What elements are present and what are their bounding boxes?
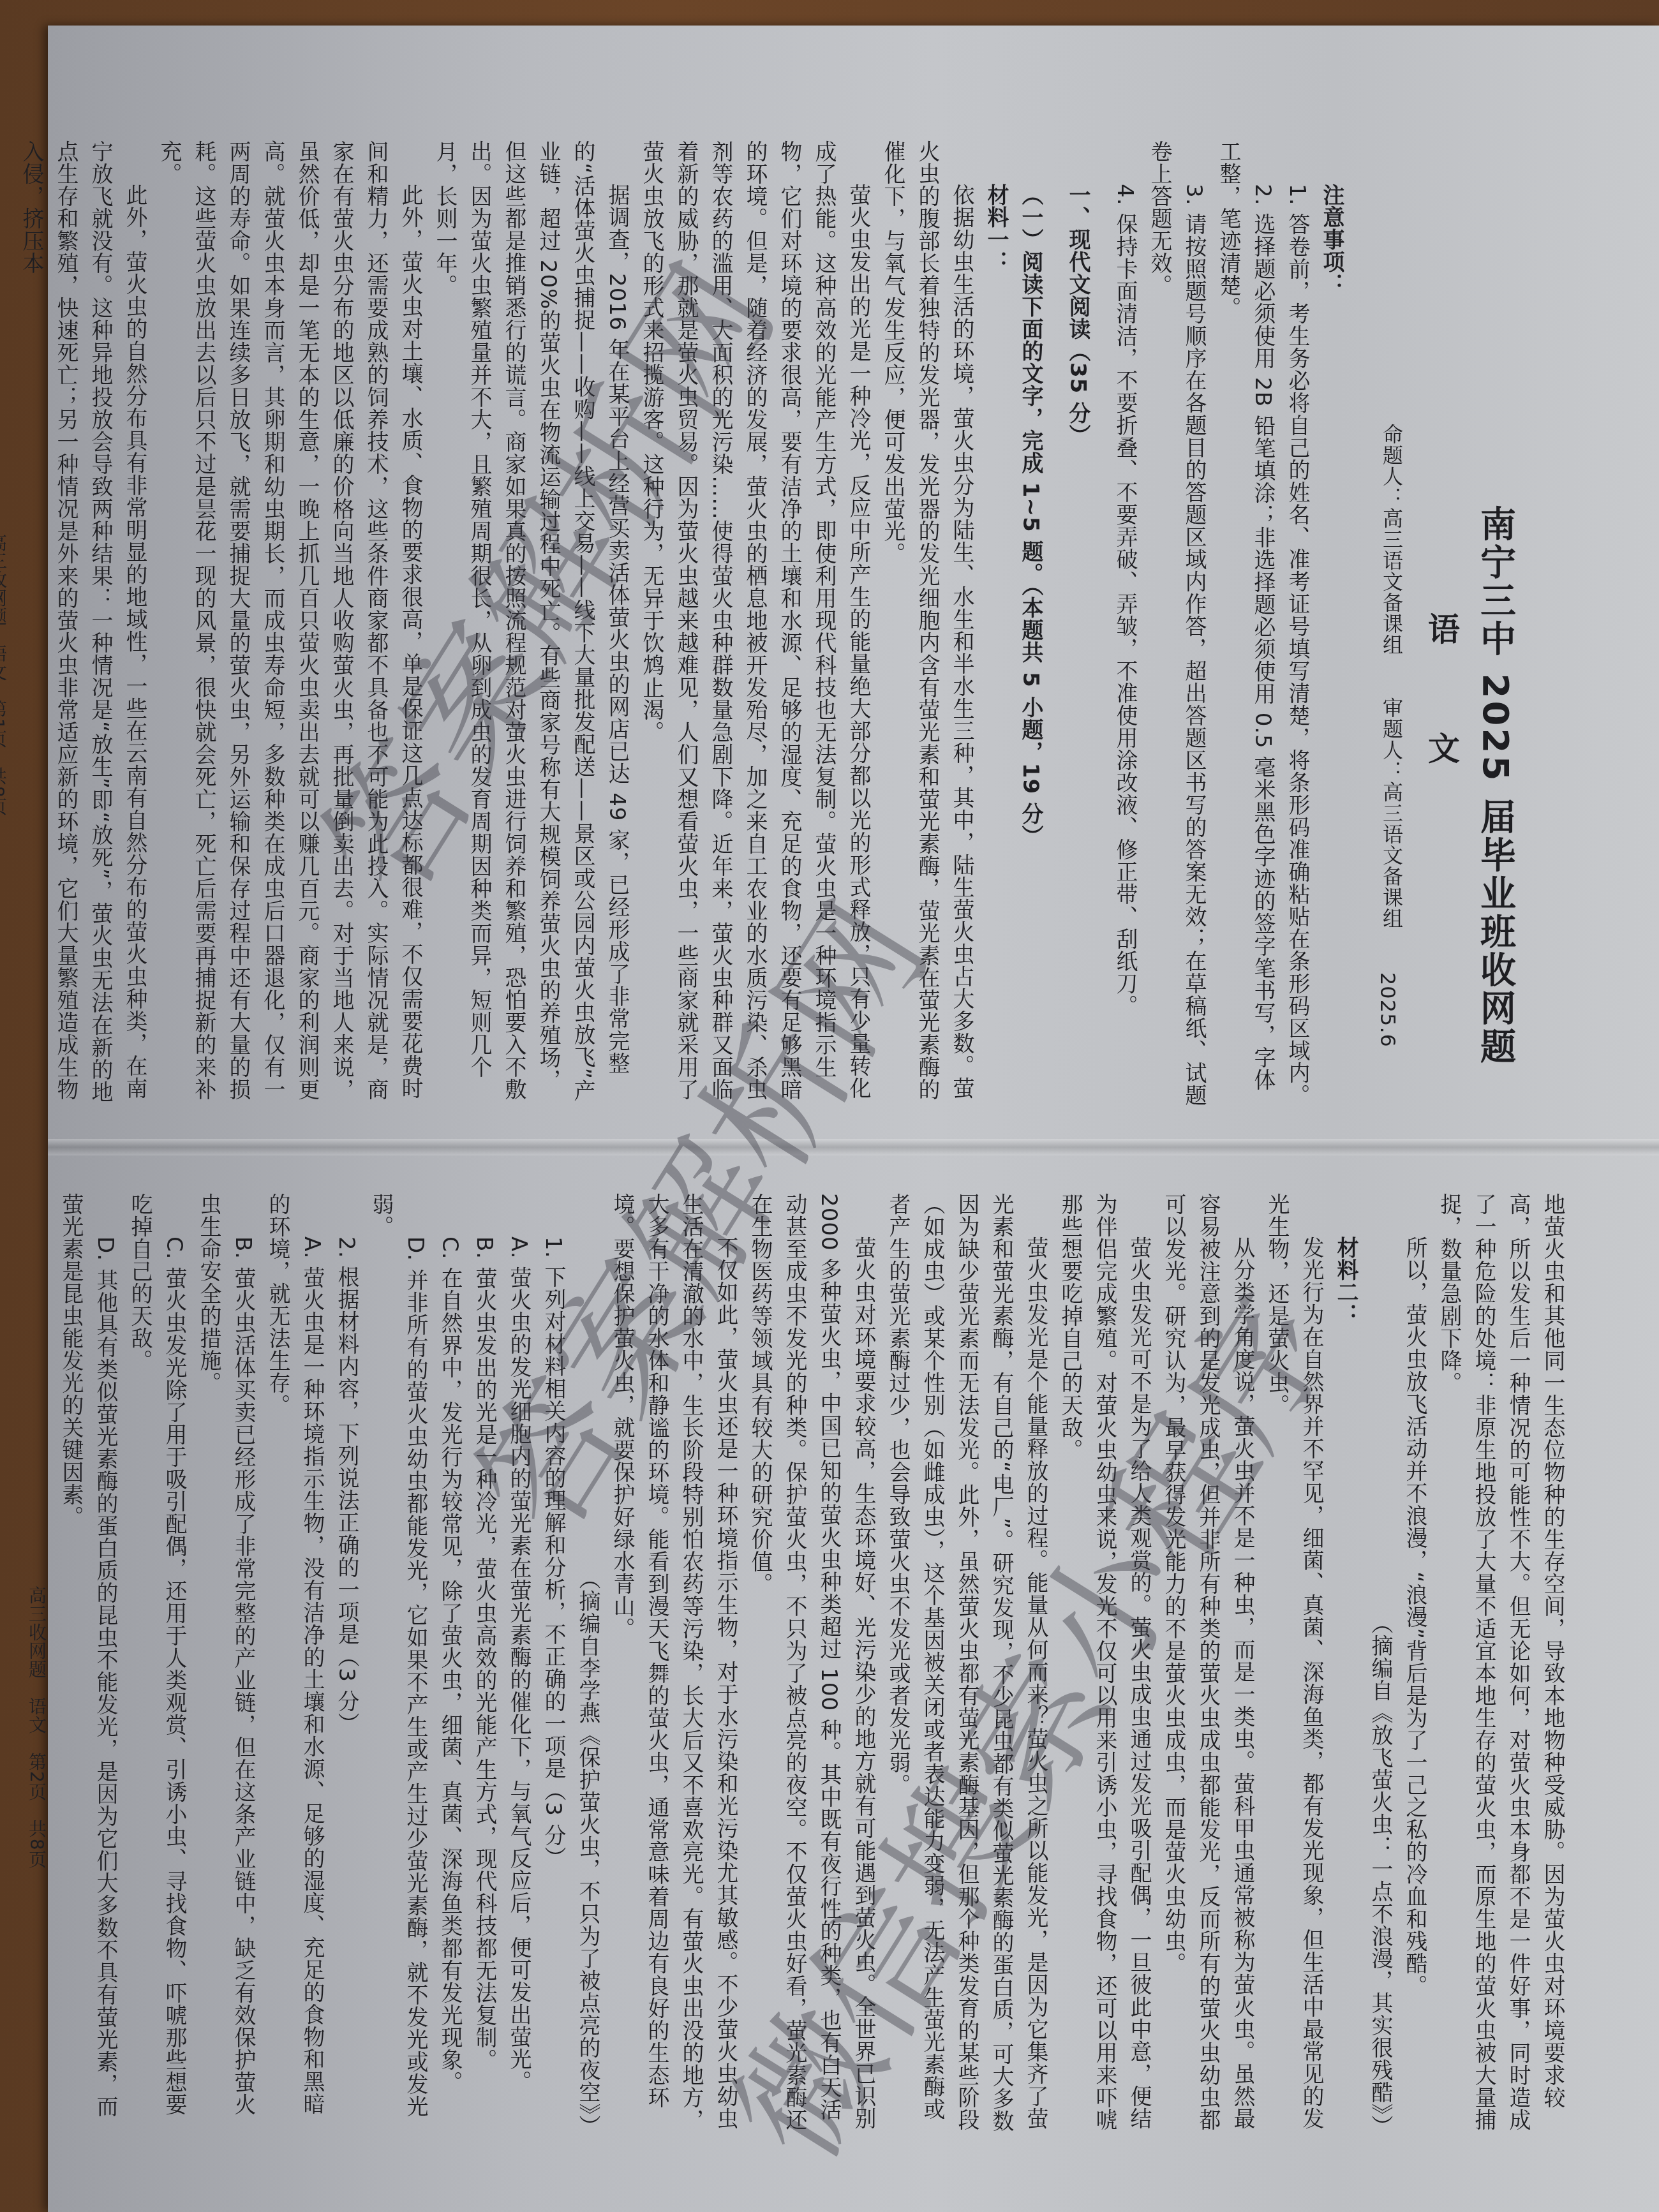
exam-page-2: 地萤火虫和其他同一生态位物种的生存空间，导致本地物种受威胁。因为萤火虫对环境要求… — [166, 1193, 1570, 2137]
paper-fold-crease — [48, 1139, 1659, 1155]
material-paragraph: 所以，萤火虫放飞活动并不浪漫，“浪漫”背后是为了一己之私的冷血和残酷。 — [1397, 1193, 1432, 2137]
material-paragraph: 萤火虫发光是个能量释放的过程。能量从何而来？萤火虫之所以能发光，是因为它集齐了萤… — [881, 1193, 1053, 2137]
material-2-label: 材料二： — [1328, 1193, 1363, 2137]
material-paragraph: 据调查，2016 年在某平台上经营买卖活体萤火虫的网店已达 49 家，已经形成了… — [428, 140, 634, 1110]
question-2-stem: 2. 根据材料内容，下列说法正确的一项是（3 分） — [329, 1193, 364, 2137]
question-1-stem: 1. 下列对材料相关内容的理解和分析，不正确的一项是（3 分） — [536, 1193, 570, 2137]
source-citation: （摘编自李学燕《保护萤火虫，不只为了被点亮的夜空》） — [570, 1193, 605, 2137]
material-paragraph: 依据幼虫生活的环境，萤火虫分为陆生、水生和半水生三种，其中，陆生萤火虫占大多数。… — [875, 140, 979, 1110]
material-paragraph: 萤火虫对环境要求较高，生态环境好、光污染少的地方就有可能遇到萤火虫。全世界已识别… — [743, 1193, 881, 2137]
question-1-option-c: C. 在自然界中，发光行为较常见，除了萤火虫，细菌、真菌、深海鱼类都有发光现象。 — [433, 1193, 467, 2137]
notice-item: 1. 答卷前，考生务必将自己的姓名、准考证号填写清楚，将条形码准确粘贴在条形码区… — [1280, 140, 1314, 1110]
section-heading: 一、现代文阅读（35 分） — [1060, 140, 1095, 1110]
material-paragraph: 萤火虫发光可不是为了给人类观赏的。萤火虫成虫通过发光吸引配偶，一旦彼此中意，便结… — [1053, 1193, 1156, 2137]
subsection-heading: （一）阅读下面的文字，完成 1~5 题。（本题共 5 小题，19 分） — [1013, 140, 1048, 1110]
material-paragraph: 从分类学角度说，萤火虫并不是一种虫，而是一类虫。萤科甲虫通常被称为萤火虫。虽然最… — [1156, 1193, 1260, 2137]
exam-paper-sheet: 南宁三中 2025 届毕业班收网题 语 文 2025.6 命题人：高三语文备课组… — [48, 26, 1659, 2212]
notice-item: 3. 请按照题号顺序在各题目的答题区域内作答，超出答题区书写的答案无效；在草稿纸… — [1142, 140, 1211, 1110]
exam-authors: 命题人：高三语文备课组 审题人：高三语文备课组 — [1374, 140, 1409, 1110]
question-1-option-b: B. 萤火虫发出的光是一种冷光，萤火虫高效的光能产生方式，现代科技都无法复制。 — [467, 1193, 502, 2137]
question-1-option-a: A. 萤火虫的发光细胞内的萤光素在萤光素酶的催化下，与氧气反应后，便可发出萤光。 — [502, 1193, 536, 2137]
notice-item: 4. 保持卡面清洁，不要折叠、不要弄破、弄皱，不准使用涂改液、修正带、刮纸刀。 — [1108, 140, 1142, 1110]
material-paragraph: 此外，萤火虫的自然分布具有非常明显的地域性，一些在云南有自然分布的萤火虫种类，在… — [14, 140, 152, 1110]
question-1-option-d: D. 并非所有的萤火虫幼虫都能发光，它如果不产生或产生过少萤光素酶，就不发光或发… — [364, 1193, 433, 2137]
source-citation: （摘编自《放飞萤火虫：一点不浪漫，其实很残酷》） — [1363, 1193, 1397, 2137]
material-paragraph: 地萤火虫和其他同一生态位物种的生存空间，导致本地物种受威胁。因为萤火虫对环境要求… — [1432, 1193, 1570, 2137]
question-2-option-a: A. 萤火虫是一种环境指示生物，没有洁净的土壤和水源、足够的湿度、充足的食物和黑… — [260, 1193, 329, 2137]
subject-title: 语 文 — [1424, 140, 1459, 1110]
material-1-label: 材料一： — [979, 140, 1013, 1110]
material-paragraph: 不仅如此，萤火虫还是一种环境指示生物，对于水污染和光污染尤其敏感。不少萤火虫幼虫… — [605, 1193, 743, 2137]
exam-page-1: 南宁三中 2025 届毕业班收网题 语 文 2025.6 命题人：高三语文备课组… — [172, 140, 1512, 1110]
notice-heading: 注意事项： — [1314, 140, 1349, 1110]
material-paragraph: 发光行为在自然界并不罕见，细菌、真菌、深海鱼类，都有发光现象，但生活中最常见的发… — [1260, 1193, 1328, 2137]
page-footer: 高三收网题 语文 第1页 共8页 — [0, 140, 14, 1110]
exam-title: 南宁三中 2025 届毕业班收网题 — [1478, 140, 1512, 1110]
question-2-option-b: B. 萤火虫活体买卖已经形成了非常完整的产业链，但在这条产业链中，缺乏有效保护萤… — [191, 1193, 260, 2137]
material-paragraph: 此外，萤火虫对土壤、水质、食物的要求很高，单是保证这几点达标都很难，不仅需要花费… — [152, 140, 428, 1110]
question-2-option-d: D. 其他具有类似萤光素酶的蛋白质的昆虫不能发光，是因为它们大多数不具有萤光素，… — [54, 1193, 123, 2137]
question-2-option-c: C. 萤火虫发光除了用于吸引配偶，还用于人类观赏、引诱小虫、寻找食物、吓唬那些想… — [123, 1193, 191, 2137]
page-footer: 高三收网题 语文 第2页 共8页 — [19, 1193, 54, 2137]
notice-item: 2. 选择题必须使用 2B 铅笔填涂；非选择题必须使用 0.5 毫米黑色字迹的签… — [1211, 140, 1280, 1110]
material-paragraph: 萤火虫发出的光是一种冷光，反应中所产生的能量绝大部分都以光的形式释放，只有少量转… — [634, 140, 875, 1110]
